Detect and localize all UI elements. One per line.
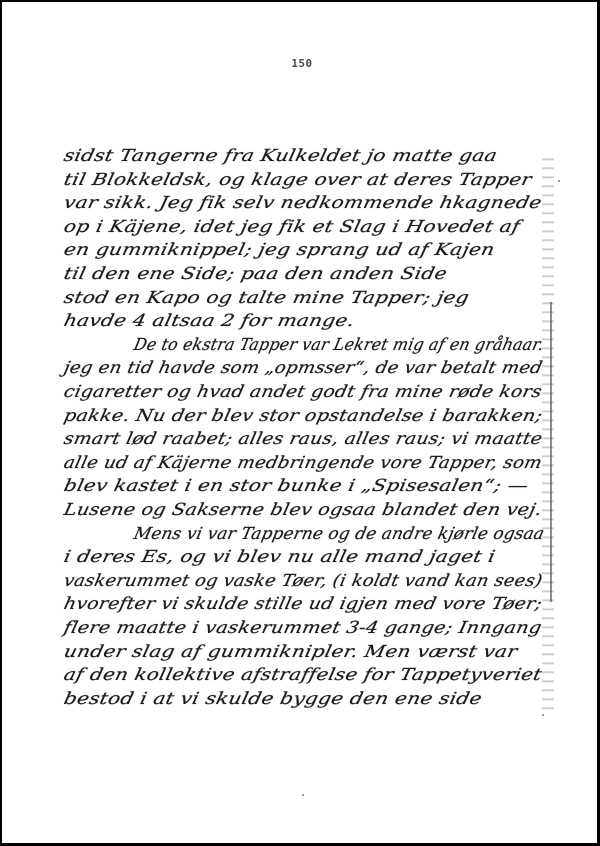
manuscript-line: en gummiknippel; jeg sprang ud af Kajen	[62, 241, 496, 260]
scan-speck	[542, 714, 544, 716]
manuscript-line: jeg en tid havde som „opmsser“, de var b…	[62, 359, 544, 378]
manuscript-line: pakke. Nu der blev stor opstandelse i ba…	[62, 406, 544, 425]
manuscript-line: havde 4 altsaa 2 for mange.	[62, 312, 356, 331]
manuscript-line: til Blokkeldsk, og klage over at deres T…	[62, 170, 533, 189]
page-frame: 150 sidst Tangerne fra Kulkeldet jo matt…	[0, 0, 600, 846]
manuscript-line: alle ud af Käjerne medbringende vore Tap…	[62, 453, 544, 472]
scan-speck	[558, 180, 560, 182]
manuscript-line: under slag af gummiknipler. Men værst va…	[62, 642, 519, 661]
manuscript-line: hvorefter vi skulde stille ud igjen med …	[62, 595, 544, 614]
manuscript-line: op i Käjene, idet jeg fik et Slag i Hove…	[62, 217, 522, 236]
page-number: 150	[2, 57, 600, 70]
manuscript-line: De to ekstra Tapper var Lekret mig af en…	[132, 335, 546, 354]
manuscript-line: bestod i at vi skulde bygge den ene side	[62, 689, 484, 708]
manuscript-line: blev kastet i en stor bunke i „Spisesale…	[62, 477, 530, 496]
manuscript-line: smart lød raabet; alles raus, alles raus…	[62, 430, 544, 449]
manuscript-line: i deres Es, og vi blev nu alle mand jage…	[62, 548, 497, 567]
manuscript-line: var sikk. Jeg fik selv nedkommende hkagn…	[62, 194, 543, 213]
scan-speck	[302, 794, 304, 796]
handwritten-text-block: sidst Tangerne fra Kulkeldet jo matte ga…	[64, 140, 554, 720]
manuscript-line: stod en Kapo og talte mine Tapper; jeg	[62, 288, 471, 307]
manuscript-line: Mens vi var Tapperne og de andre kjørle …	[132, 524, 546, 543]
manuscript-line: vaskerummet og vaske Tøer, (i koldt vand…	[62, 571, 544, 590]
manuscript-line: af den kollektive afstraffelse for Tappe…	[62, 666, 544, 685]
manuscript-line: flere maatte i vaskerummet 3-4 gange; In…	[62, 619, 543, 638]
manuscript-line: cigaretter og hvad andet godt fra mine r…	[62, 383, 544, 402]
manuscript-line: til den ene Side; paa den anden Side	[62, 265, 449, 284]
manuscript-line: sidst Tangerne fra Kulkeldet jo matte ga…	[62, 147, 499, 166]
manuscript-line: Lusene og Sakserne blev ogsaa blandet de…	[62, 501, 544, 520]
